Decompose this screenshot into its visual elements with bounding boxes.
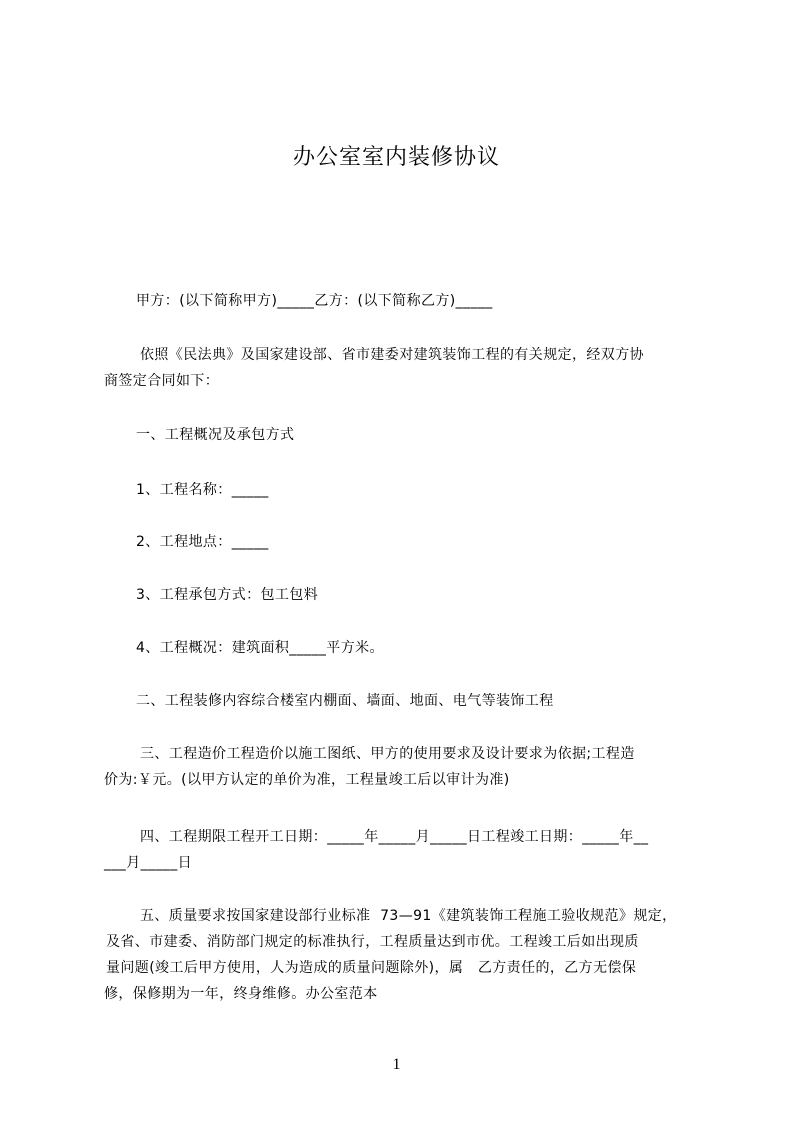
document-title: 办公室室内装修协议 <box>0 143 793 173</box>
parties-line: 甲方：(以下简称甲方)_____乙方：(以下简称乙方)_____ <box>136 291 493 311</box>
section-1-item-project-location: 2、工程地点：_____ <box>136 532 269 552</box>
section-1-item-overview: 4、工程概况：建筑面积_____平方米。 <box>136 638 384 658</box>
section-3-line-2: 价为:￥元。(以甲方认定的单价为准，工程量竣工后以审计为准) <box>104 770 510 790</box>
section-4-line-2: ___月_____日 <box>104 853 192 873</box>
preamble-line-2: 商签定合同如下： <box>104 371 219 391</box>
section-5-line-3: 量问题(竣工后甲方使用，人为造成的质量问题除外)，属 乙方责任的，乙方无偿保 <box>106 958 636 978</box>
section-5-line-2: 及省、市建委、消防部门规定的标准执行，工程质量达到市优。工程竣工后如出现质 <box>106 932 639 952</box>
section-1-item-contract-method: 3、工程承包方式：包工包料 <box>136 585 318 605</box>
section-1-heading: 一、工程概况及承包方式 <box>136 425 294 445</box>
section-5-line-1: 五、质量要求按国家建设部行业标准 73—91《建筑装饰工程施工验收规范》规定， <box>140 906 677 926</box>
section-2-line: 二、工程装修内容综合楼室内棚面、墙面、地面、电气等装饰工程 <box>136 691 554 711</box>
section-5-line-4: 修，保修期为一年，终身维修。办公室范本 <box>104 984 378 1004</box>
section-1-item-project-name: 1、工程名称：_____ <box>136 480 269 500</box>
document-page: 办公室室内装修协议 甲方：(以下简称甲方)_____乙方：(以下简称乙方)___… <box>0 0 793 1122</box>
section-4-line-1: 四、工程期限工程开工日期：_____年_____月_____日工程竣工日期：__… <box>140 827 648 847</box>
section-3-line-1: 三、工程造价工程造价以施工图纸、甲方的使用要求及设计要求为依据;工程造 <box>140 744 635 764</box>
page-number: 1 <box>0 1055 793 1075</box>
preamble-line-1: 依照《民法典》及国家建设部、省市建委对建筑装饰工程的有关规定，经双方协 <box>140 345 644 365</box>
